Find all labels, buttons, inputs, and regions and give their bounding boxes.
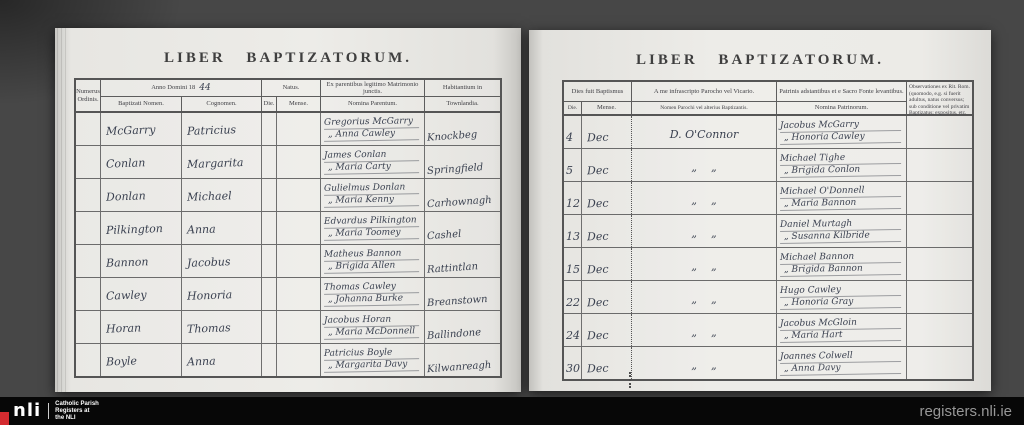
register-row: 22 Dec „ „ Hugo Cawley „ Honoria Gray <box>564 281 972 314</box>
baptism-month: Dec <box>587 197 609 211</box>
baptism-day: 30 <box>566 362 580 375</box>
nli-logo: nli Catholic Parish Registers at the NLI <box>0 397 99 425</box>
header-cognomen: Cognomen. <box>181 97 261 111</box>
parent-mother: „ Maria Kenny <box>324 194 419 208</box>
sponsor-2: „ Brigida Bannon <box>780 263 901 277</box>
priest-ditto: „ „ <box>691 161 716 174</box>
register-row: 30 Dec „ „ Joannes Colwell „ Anna Davy <box>564 347 972 379</box>
residence: Ballindone <box>427 327 482 342</box>
residence: Rattintlan <box>427 261 479 276</box>
baptism-name: Patricius <box>187 123 237 138</box>
baptism-day: 15 <box>566 263 580 276</box>
baptism-surname: Bannon <box>106 255 149 269</box>
footer-bar: nli Catholic Parish Registers at the NLI… <box>0 397 1024 425</box>
baptism-day: 22 <box>566 296 580 309</box>
parent-mother: „ Maria Toomey <box>324 227 419 241</box>
baptism-name: Anna <box>187 355 216 369</box>
priest-ditto: „ „ <box>691 194 716 207</box>
sponsor-2: „ Maria Hart <box>780 329 901 343</box>
logo-caption: Catholic Parish Registers at the NLI <box>55 401 99 422</box>
header-die: Die. <box>564 102 581 114</box>
header-patrinis: Patrinis adstantibus et e Sacro Fonte le… <box>776 82 906 102</box>
right-page-title: LIBER BAPTIZATORUM. <box>529 52 991 69</box>
baptism-name: Jacobus <box>187 255 231 270</box>
parent-mother: „ Maria Carty <box>324 161 419 175</box>
anno-handwritten-year: 44 <box>199 83 210 93</box>
baptism-name: Honoria <box>187 288 233 303</box>
header-dies-baptismi: Dies fuit Baptismus <box>564 82 631 102</box>
header-ex-parentibus: Ex parentibus legitimo Matrimonio juncti… <box>320 80 424 97</box>
register-row: Pilkington Anna Edvardus Pilkington „ Ma… <box>76 212 500 245</box>
baptism-month: Dec <box>587 230 609 244</box>
priest-name: D. O'Connor <box>670 128 739 141</box>
baptism-surname: Boyle <box>106 354 137 368</box>
dotted-rule-tail <box>629 372 631 388</box>
left-register-table: Numerus Ordinis. Anno Domini 18 44 Natus… <box>74 78 502 378</box>
right-register-table: Dies fuit Baptismus A me infrascripto Pa… <box>562 80 974 381</box>
baptism-day: 13 <box>566 230 580 243</box>
baptism-surname: Conlan <box>106 156 146 170</box>
header-natus: Natus. <box>261 80 320 97</box>
residence: Breanstown <box>427 294 488 309</box>
nli-logo-text: nli <box>13 397 41 425</box>
parent-mother: „ Maria McDonnell <box>324 326 419 340</box>
parent-mother: „ Johanna Burke <box>324 293 419 307</box>
header-numerus: Numerus Ordinis. <box>76 80 100 111</box>
priest-ditto: „ „ <box>691 293 716 306</box>
register-row: 4 Dec D. O'Connor Jacobus McGarry „ Hono… <box>564 116 972 149</box>
residence: Kilwanreagh <box>427 360 492 375</box>
baptism-surname: Pilkington <box>106 222 163 237</box>
residence: Springfield <box>427 162 484 177</box>
baptism-month: Dec <box>587 362 609 376</box>
logo-divider <box>48 403 49 419</box>
baptism-month: Dec <box>587 131 609 145</box>
register-row: Conlan Margarita James Conlan „ Maria Ca… <box>76 146 500 179</box>
baptism-day: 12 <box>566 197 580 210</box>
sponsor-2: „ Maria Bannon <box>780 197 901 211</box>
register-row: Cawley Honoria Thomas Cawley „ Johanna B… <box>76 278 500 311</box>
parent-mother: „ Anna Cawley <box>324 128 419 142</box>
header-die: Die. <box>261 97 276 111</box>
header-observationes: Observationes ex Rit. Rom. (quomodo, e.g… <box>906 82 972 114</box>
header-nomen-parochi: Nomen Parochi vel alterius Baptizantis. <box>631 102 776 114</box>
baptism-surname: McGarry <box>106 123 156 138</box>
register-row: 12 Dec „ „ Michael O'Donnell „ Maria Ban… <box>564 182 972 215</box>
register-row: 13 Dec „ „ Daniel Murtagh „ Susanna Kilb… <box>564 215 972 248</box>
residence: Cashel <box>427 229 462 242</box>
priest-ditto: „ „ <box>691 359 716 372</box>
baptism-month: Dec <box>587 263 609 277</box>
sponsor-2: „ Susanna Kilbride <box>780 230 901 244</box>
priest-ditto: „ „ <box>691 227 716 240</box>
left-page-scan: LIBER BAPTIZATORUM. Numerus Ordinis. Ann… <box>55 28 521 392</box>
baptism-name: Margarita <box>187 156 244 171</box>
header-nomina-patrinorum: Nomina Patrinorum. <box>776 102 906 114</box>
parent-mother: „ Brigida Allen <box>324 260 419 274</box>
baptism-name: Thomas <box>187 321 231 336</box>
watermark: registers.nli.ie <box>919 403 1012 420</box>
baptism-day: 5 <box>566 164 573 177</box>
header-anno-domini: Anno Domini 18 44 <box>100 80 261 97</box>
right-page-scan: LIBER BAPTIZATORUM. Dies fuit Baptismus … <box>529 30 991 391</box>
baptism-surname: Cawley <box>106 288 147 302</box>
header-townland: Townlandia. <box>424 97 500 111</box>
sponsor-2: „ Honoria Gray <box>780 296 901 310</box>
header-mense: Mense. <box>276 97 320 111</box>
header-parocho: A me infrascripto Parocho vel Vicario. <box>631 82 776 102</box>
header-mense: Mense. <box>581 102 631 114</box>
header-baptizati-nomen: Baptizati Nomen. <box>100 97 181 111</box>
sponsor-2: „ Anna Davy <box>780 362 901 376</box>
register-row: Horan Thomas Jacobus Horan „ Maria McDon… <box>76 311 500 344</box>
baptism-month: Dec <box>587 296 609 310</box>
register-row: Donlan Michael Gulielmus Donlan „ Maria … <box>76 179 500 212</box>
right-table-header: Dies fuit Baptismus A me infrascripto Pa… <box>564 82 972 116</box>
parent-mother: „ Margarita Davy <box>324 359 419 373</box>
residence: Knockbeg <box>427 129 478 143</box>
baptism-month: Dec <box>587 329 609 343</box>
baptism-surname: Horan <box>106 321 142 335</box>
baptism-day: 4 <box>566 131 573 144</box>
register-row: Boyle Anna Patricius Boyle „ Margarita D… <box>76 344 500 376</box>
sponsor-2: „ Brigida Conlon <box>780 164 901 178</box>
header-habitantium: Habitantium in <box>424 80 500 97</box>
baptism-name: Anna <box>187 223 216 237</box>
register-row: 24 Dec „ „ Jacobus McGloin „ Maria Hart <box>564 314 972 347</box>
baptism-name: Michael <box>187 189 232 204</box>
register-row: McGarry Patricius Gregorius McGarry „ An… <box>76 113 500 146</box>
sponsor-2: „ Honoria Cawley <box>780 131 901 145</box>
left-table-header: Numerus Ordinis. Anno Domini 18 44 Natus… <box>76 80 500 113</box>
header-nomina-parentum: Nomina Parentum. <box>320 97 424 111</box>
baptism-surname: Donlan <box>106 189 146 203</box>
register-row: 5 Dec „ „ Michael Tighe „ Brigida Conlon <box>564 149 972 182</box>
priest-ditto: „ „ <box>691 326 716 339</box>
viewer-background: LIBER BAPTIZATORUM. Numerus Ordinis. Ann… <box>0 0 1024 425</box>
baptism-day: 24 <box>566 329 580 342</box>
register-row: 15 Dec „ „ Michael Bannon „ Brigida Bann… <box>564 248 972 281</box>
priest-ditto: „ „ <box>691 260 716 273</box>
residence: Carhownagh <box>427 195 492 210</box>
left-page-title: LIBER BAPTIZATORUM. <box>55 50 521 67</box>
register-row: Bannon Jacobus Matheus Bannon „ Brigida … <box>76 245 500 278</box>
baptism-month: Dec <box>587 164 609 178</box>
